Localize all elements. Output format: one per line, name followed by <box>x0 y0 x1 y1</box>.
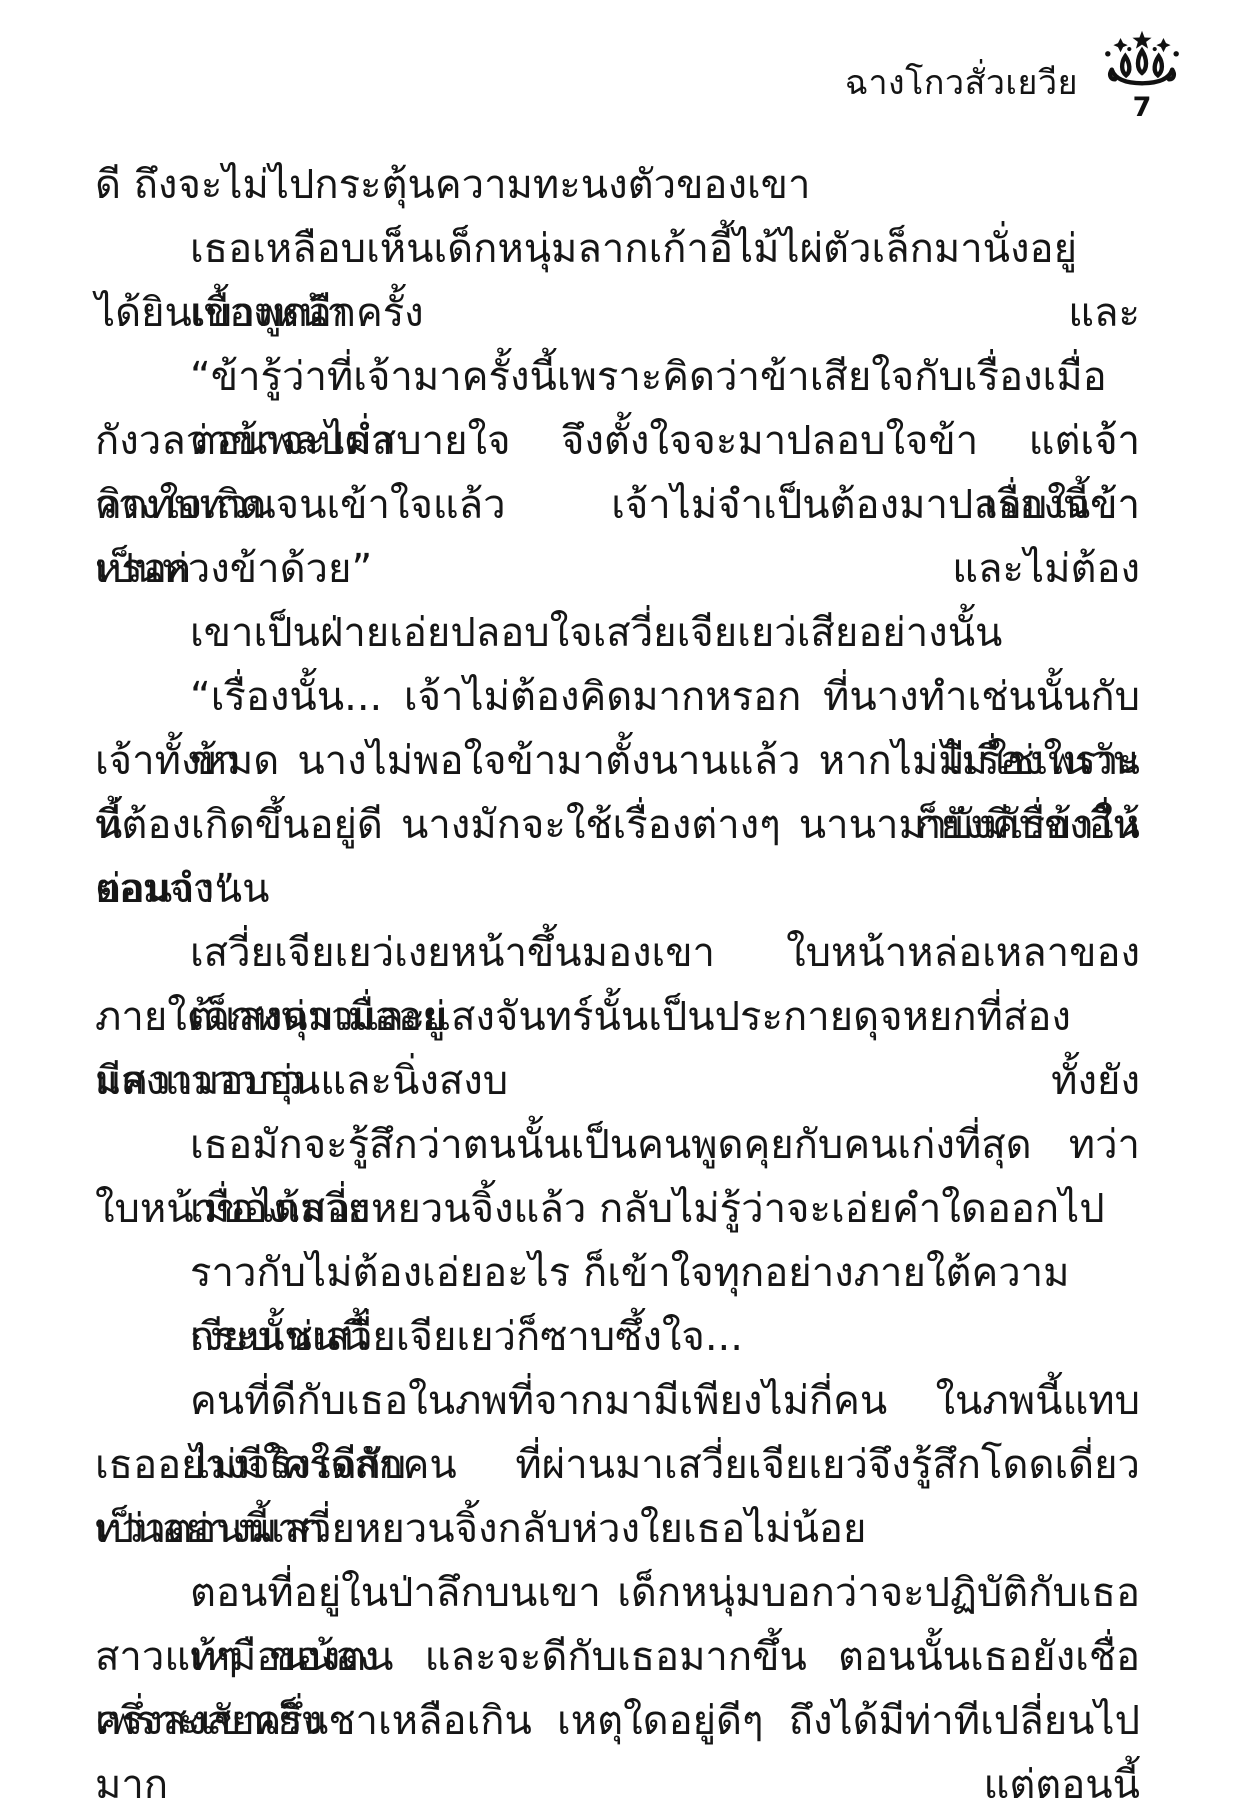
text-line: เธอมักจะรู้สึกว่าตนนั้นเป็นคนพูดคุยกับคน… <box>95 1113 1140 1177</box>
page-header: ฉางโกวสั่วเยวีย <box>0 30 1184 121</box>
text-line: ทว่าตอนนี้เสวี่ยหยวนจิ้งกลับห่วงใยเธอไม่… <box>95 1497 1140 1561</box>
text-line: คนที่ดีกับเธอในภพที่จากมามีเพียงไม่กี่คน… <box>95 1369 1140 1433</box>
text-line: ที่ต้องเกิดขึ้นอยู่ดี นางมักจะใช้เรื่องต… <box>95 793 1140 857</box>
header-ornament: 7 <box>1100 30 1184 121</box>
text-line: เขาเป็นฝ่ายเอ่ยปลอบใจเสวี่ยเจียเยว่เสียอ… <box>95 601 1140 665</box>
book-page: ฉางโกวสั่วเยวีย <box>0 0 1236 1800</box>
text-line: ภายใต้แสงดาวและแสงจันทร์นั้นเป็นประกายดุ… <box>95 985 1140 1049</box>
text-line: สาวแท้ๆ ของตน และจะดีกับเธอมากขึ้น ตอนนั… <box>95 1625 1140 1689</box>
text-line: “ข้ารู้ว่าที่เจ้ามาครั้งนี้เพราะคิดว่าข้… <box>95 345 1140 409</box>
text-line: เพราะเขาเย็นชาเหลือเกิน เหตุใดอยู่ดีๆ ถึ… <box>95 1689 1140 1753</box>
text-line: เสวี่ยเจียเยว่เงยหน้าขึ้นมองเขา ใบหน้าหล… <box>95 921 1140 985</box>
text-line: คิดทบทวนจนเข้าใจแล้ว เจ้าไม่จำเป็นต้องมา… <box>95 473 1140 537</box>
text-line: “เรื่องนั้น... เจ้าไม่ต้องคิดมากหรอก ที่… <box>95 665 1140 729</box>
text-line: ใบหน้าของเสวี่ยหยวนจิ้งแล้ว กลับไม่รู้ว่… <box>95 1177 1140 1241</box>
text-line: เธอเหลือบเห็นเด็กหนุ่มลากเก้าอี้ไม้ไผ่ตั… <box>95 217 1140 281</box>
body-text: ดี ถึงจะไม่ไปกระตุ้นความทะนงตัวของเขาเธอ… <box>95 153 1140 1753</box>
running-title: ฉางโกวสั่วเยวีย <box>845 66 1078 100</box>
text-line: เจ้าทั้งหมด นางไม่พอใจข้ามาตั้งนานแล้ว ห… <box>95 729 1140 793</box>
text-line: ดี ถึงจะไม่ไปกระตุ้นความทะนงตัวของเขา <box>95 153 1140 217</box>
page-number: 7 <box>1133 94 1152 121</box>
text-line: กังวลว่าข้าจะไม่สบายใจ จึงตั้งใจจะมาปลอบ… <box>95 409 1140 473</box>
crown-icon <box>1102 30 1182 92</box>
text-line: ราวกับไม่ต้องเอ่ยอะไร ก็เข้าใจทุกอย่างภา… <box>95 1241 1140 1305</box>
text-line: ตอนที่อยู่ในป่าลึกบนเขา เด็กหนุ่มบอกว่าจ… <box>95 1561 1140 1625</box>
text-line: กระนั้นเสวี่ยเจียเยว่ก็ซาบซึ้งใจ... <box>95 1305 1140 1369</box>
text-line: เธออย่างจริงใจสักคน ที่ผ่านมาเสวี่ยเจียเ… <box>95 1433 1140 1497</box>
